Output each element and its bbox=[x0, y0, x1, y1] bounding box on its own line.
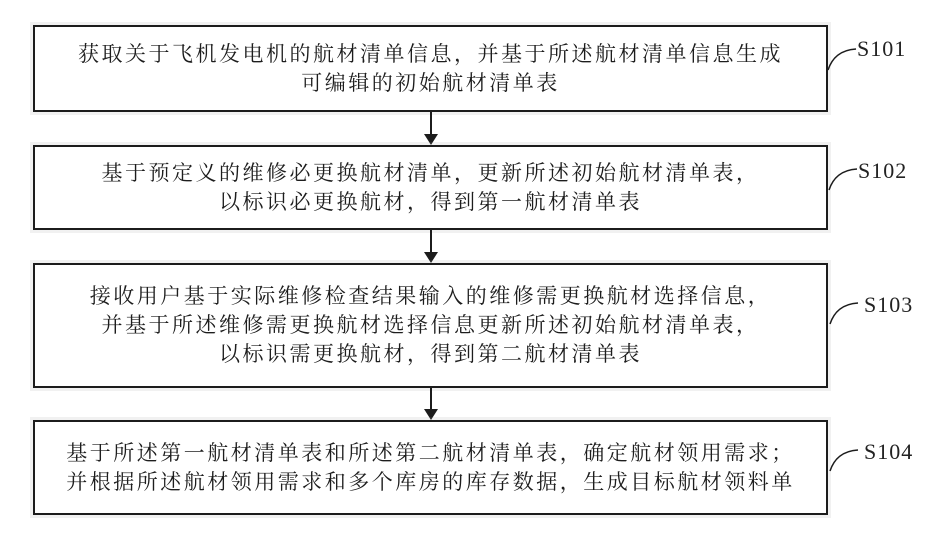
step-label-s101: S101 bbox=[857, 36, 906, 62]
flow-step-box-s104: 基于所述第一航材清单表和所述第二航材清单表，确定航材领用需求； 并根据所述航材领… bbox=[33, 420, 828, 515]
arrow-shaft bbox=[430, 388, 432, 409]
step-text-line: 基于所述第一航材清单表和所述第二航材清单表，确定航材领用需求； bbox=[66, 439, 795, 468]
step-text-line: 以标识必更换航材，得到第一航材清单表 bbox=[219, 188, 642, 217]
step-text-line: 并根据所述航材领用需求和多个库房的库存数据，生成目标航材领料单 bbox=[66, 468, 795, 497]
arrow-shaft bbox=[430, 112, 432, 134]
down-arrow-icon bbox=[423, 112, 439, 145]
leader-line-icon bbox=[828, 447, 860, 473]
flow-step-box-s103: 接收用户基于实际维修检查结果输入的维修需更换航材选择信息， 并基于所述维修需更换… bbox=[33, 263, 828, 388]
step-text-line: 可编辑的初始航材清单表 bbox=[301, 69, 560, 98]
step-text-line: 接收用户基于实际维修检查结果输入的维修需更换航材选择信息， bbox=[90, 282, 772, 311]
step-text-line: 并基于所述维修需更换航材选择信息更新所述初始航材清单表， bbox=[102, 311, 760, 340]
leader-line-icon bbox=[827, 166, 859, 192]
patent-flowchart: 获取关于飞机发电机的航材清单信息，并基于所述航材清单信息生成 可编辑的初始航材清… bbox=[0, 0, 927, 542]
leader-line-icon bbox=[828, 300, 860, 326]
down-arrow-icon bbox=[423, 230, 439, 263]
arrow-head bbox=[424, 134, 438, 145]
flow-step-box-s101: 获取关于飞机发电机的航材清单信息，并基于所述航材清单信息生成 可编辑的初始航材清… bbox=[33, 25, 828, 112]
step-text-line: 获取关于飞机发电机的航材清单信息，并基于所述航材清单信息生成 bbox=[78, 40, 783, 69]
step-label-s102: S102 bbox=[858, 158, 907, 184]
step-text-line: 基于预定义的维修必更换航材清单，更新所述初始航材清单表， bbox=[102, 159, 760, 188]
step-text-line: 以标识需更换航材，得到第二航材清单表 bbox=[219, 340, 642, 369]
arrow-shaft bbox=[430, 230, 432, 252]
step-label-s103: S103 bbox=[864, 292, 913, 318]
down-arrow-icon bbox=[423, 388, 439, 420]
arrow-head bbox=[424, 409, 438, 420]
leader-line-icon bbox=[826, 46, 858, 72]
flow-step-box-s102: 基于预定义的维修必更换航材清单，更新所述初始航材清单表， 以标识必更换航材，得到… bbox=[33, 145, 828, 230]
step-label-s104: S104 bbox=[864, 439, 913, 465]
arrow-head bbox=[424, 252, 438, 263]
